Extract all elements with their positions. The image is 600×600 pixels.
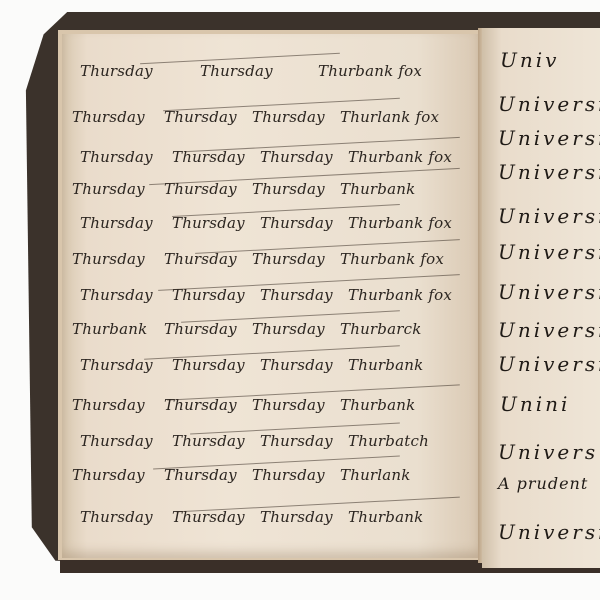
handwritten-line: Univ	[500, 48, 559, 72]
handwritten-word: Thursday	[252, 320, 340, 338]
handwritten-line: University	[498, 318, 600, 342]
handwritten-word: Thursday	[252, 108, 340, 126]
handwritten-word: Thursday	[72, 250, 164, 268]
handwritten-word: Thurbank	[72, 320, 164, 338]
handwritten-word: Thursday	[260, 214, 348, 232]
handwritten-word: Thursday	[260, 508, 348, 526]
handwritten-word: Thurbank fox	[348, 214, 480, 232]
handwritten-word: Thurbank	[340, 396, 472, 414]
handwriting-row: ThursdayThursdayThursdayThurbank fox	[80, 286, 480, 304]
handwritten-word: Thursday	[72, 180, 164, 198]
handwritten-word: Thursday	[200, 62, 318, 80]
handwritten-word: Thursday	[80, 148, 172, 166]
handwritten-line: University	[498, 126, 600, 150]
handwriting-row: ThurbankThursdayThursdayThurbarck	[72, 320, 472, 338]
handwriting-row: ThursdayThursdayThursdayThurbank	[80, 508, 480, 526]
handwritten-word: Thurbank fox	[318, 62, 478, 80]
handwritten-word: Thursday	[80, 286, 172, 304]
handwritten-word: Thurbank	[340, 180, 472, 198]
handwritten-line: Univers	[498, 440, 598, 464]
handwritten-word: Thursday	[252, 250, 340, 268]
handwritten-word: Thursday	[260, 356, 348, 374]
handwritten-word: Thurlank fox	[340, 108, 472, 126]
handwritten-word: Thursday	[260, 286, 348, 304]
handwritten-word: Thursday	[164, 320, 252, 338]
handwritten-word: Thursday	[252, 180, 340, 198]
handwritten-line: Universit	[498, 352, 600, 376]
handwriting-row: ThursdayThursdayThursdayThurlank fox	[72, 108, 472, 126]
handwritten-word: Thursday	[72, 396, 164, 414]
handwritten-line: Unini	[500, 392, 570, 416]
handwriting-row: ThursdayThursdayThursdayThurbank fox	[80, 148, 480, 166]
handwritten-word: Thurbank	[348, 356, 480, 374]
handwriting-row: ThursdayThursdayThursdayThurbank fox	[80, 214, 480, 232]
handwritten-word: Thursday	[260, 148, 348, 166]
handwritten-word: Thurbarck	[340, 320, 472, 338]
handwritten-line: Universit	[498, 280, 600, 304]
handwritten-word: Thursday	[252, 466, 340, 484]
handwriting-row: ThursdayThursdayThursdayThurlank	[72, 466, 472, 484]
handwritten-word: Thursday	[72, 108, 164, 126]
handwritten-word: Thurbank fox	[348, 286, 480, 304]
handwritten-word: Thurbank fox	[348, 148, 480, 166]
handwritten-word: Thursday	[72, 466, 164, 484]
handwritten-line: University	[498, 92, 600, 116]
handwritten-line: University	[498, 204, 600, 228]
handwriting-row: ThursdayThursdayThursdayThurbank	[80, 356, 480, 374]
handwritten-word: Thursday	[80, 508, 172, 526]
handwritten-word: Thursday	[172, 432, 260, 450]
handwritten-word: Thursday	[260, 432, 348, 450]
handwritten-line: University	[498, 520, 600, 544]
handwritten-word: Thursday	[172, 356, 260, 374]
handwritten-word: Thursday	[252, 396, 340, 414]
handwritten-line: University	[498, 240, 600, 264]
handwriting-row: ThursdayThursdayThursdayThurbank fox	[72, 250, 472, 268]
handwritten-word: Thursday	[80, 214, 172, 232]
handwritten-line: Universit	[498, 160, 600, 184]
handwritten-word: Thurbank fox	[340, 250, 472, 268]
handwritten-word: Thurbank	[348, 508, 480, 526]
handwritten-word: Thurlank	[340, 466, 472, 484]
handwriting-row: ThursdayThursdayThursdayThurbank	[72, 396, 472, 414]
handwritten-line: A prudent	[498, 474, 588, 493]
handwritten-word: Thurbatch	[348, 432, 480, 450]
handwriting-row: ThursdayThursdayThursdayThurbatch	[80, 432, 480, 450]
handwritten-word: Thursday	[80, 432, 172, 450]
handwriting-row: ThursdayThursdayThursdayThurbank	[72, 180, 472, 198]
